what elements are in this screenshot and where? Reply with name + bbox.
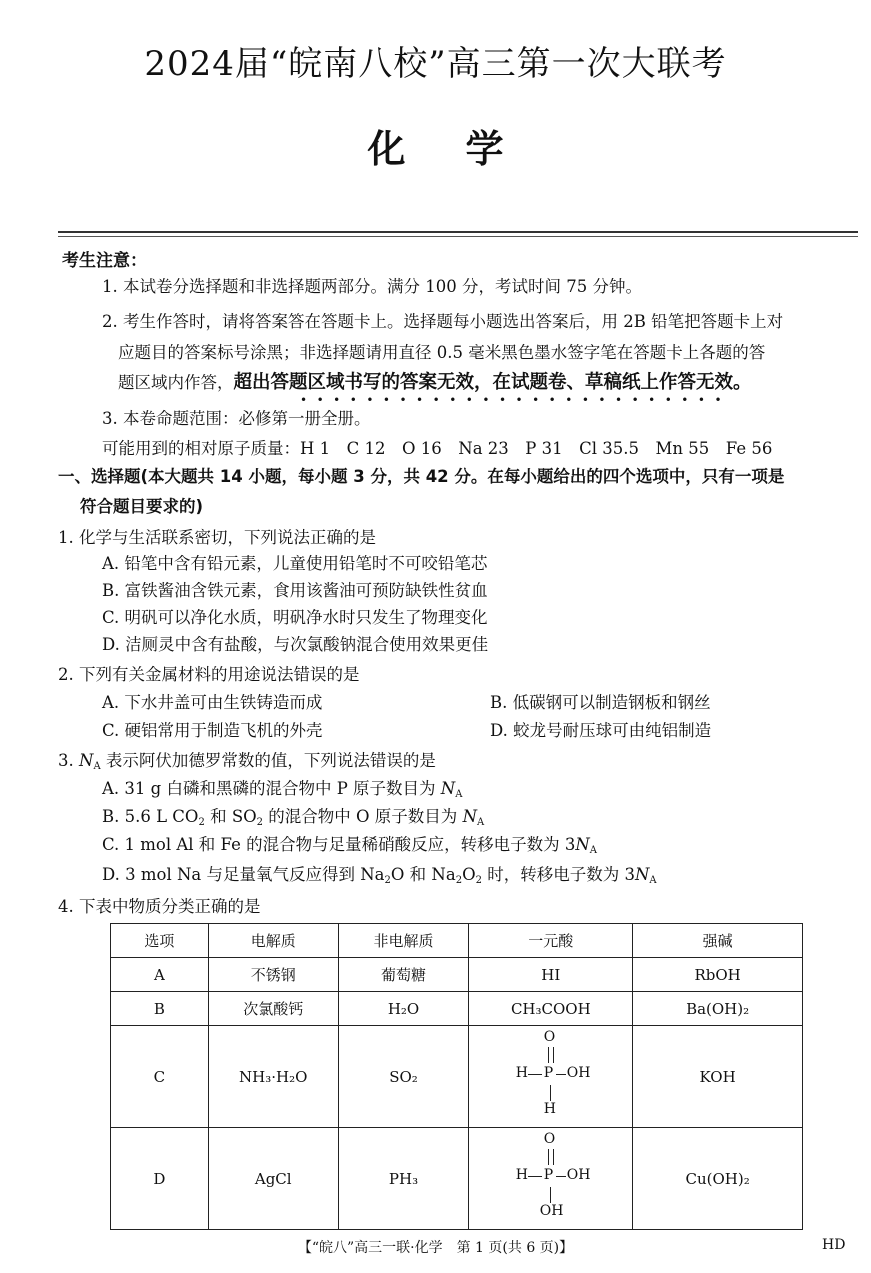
q3-d-text: D. 3 mol Na 与足量氧气反应得到 Na bbox=[102, 865, 385, 884]
q3-stem: 3. NA 表示阿伏加德罗常数的值，下列说法错误的是 bbox=[58, 750, 436, 778]
bond bbox=[556, 1176, 566, 1177]
table-row: B 次氯酸钙 H₂O CH₃COOH Ba(OH)₂ bbox=[111, 992, 803, 1026]
cell: KOH bbox=[633, 1026, 803, 1128]
bond bbox=[528, 1176, 542, 1177]
q3-d-text-mid2: O bbox=[462, 865, 476, 884]
table-row: A 不锈钢 葡萄糖 HI RbOH bbox=[111, 958, 803, 992]
cell: NH₃·H₂O bbox=[208, 1026, 338, 1128]
table-header-row: 选项 电解质 非电解质 一元酸 强碱 bbox=[111, 924, 803, 958]
q3-d-text-mid: O 和 Na bbox=[391, 865, 456, 884]
header-monoprotic-acid: 一元酸 bbox=[469, 924, 633, 958]
atomic-masses-values: H 1 C 12 O 16 Na 23 P 31 Cl 35.5 Mn 55 F… bbox=[300, 439, 772, 458]
q2-option-a: A. 下水井盖可由生铁铸造而成 bbox=[102, 692, 322, 714]
header-divider-thin bbox=[58, 236, 858, 237]
cell: Ba(OH)₂ bbox=[633, 992, 803, 1026]
q1-option-d: D. 洁厕灵中含有盐酸，与次氯酸钠混合使用效果更佳 bbox=[102, 634, 488, 656]
cell: PH₃ bbox=[338, 1128, 469, 1230]
notice-text: 题区域内作答， bbox=[118, 373, 234, 392]
q3-option-c: C. 1 mol Al 和 Fe 的混合物与足量稀硝酸反应，转移电子数为 3NA bbox=[102, 834, 597, 862]
double-bond bbox=[548, 1149, 554, 1165]
q3-option-a: A. 31 g 白磷和黑磷的混合物中 P 原子数目为 NA bbox=[102, 778, 462, 806]
cell-structure-h3po3: O H P OH OH bbox=[469, 1128, 633, 1230]
na-subscript: A bbox=[93, 761, 100, 772]
cell: H₂O bbox=[338, 992, 469, 1026]
notice-item-1: 1. 本试卷分选择题和非选择题两部分。满分 100 分，考试时间 75 分钟。 bbox=[102, 276, 642, 298]
table-row: D AgCl PH₃ O H P OH OH Cu(OH)₂ bbox=[111, 1128, 803, 1230]
exam-title: 2024届“皖南八校”高三第一次大联考 bbox=[0, 36, 871, 85]
section1-heading: 一、选择题(本大题共 14 小题，每小题 3 分，共 42 分。在每小题给出的四… bbox=[58, 466, 784, 488]
cell: D bbox=[111, 1128, 209, 1230]
q3-number: 3. bbox=[58, 751, 79, 770]
cell: AgCl bbox=[208, 1128, 338, 1230]
header-electrolyte: 电解质 bbox=[208, 924, 338, 958]
atomic-masses: 可能用到的相对原子质量：H 1 C 12 O 16 Na 23 P 31 Cl … bbox=[102, 438, 772, 460]
atom: OH bbox=[540, 1203, 564, 1219]
cell: A bbox=[111, 958, 209, 992]
notice-item-3: 3. 本卷命题范围：必修第一册全册。 bbox=[102, 408, 371, 430]
q3-option-d: D. 3 mol Na 与足量氧气反应得到 Na2O 和 Na2O2 时，转移电… bbox=[102, 864, 657, 892]
na-subscript: A bbox=[455, 789, 462, 800]
cell: B bbox=[111, 992, 209, 1026]
q1-option-c: C. 明矾可以净化水质，明矾净水时只发生了物理变化 bbox=[102, 607, 488, 629]
cell: 不锈钢 bbox=[208, 958, 338, 992]
header-divider bbox=[58, 231, 858, 233]
cell: Cu(OH)₂ bbox=[633, 1128, 803, 1230]
bond bbox=[556, 1074, 566, 1075]
footer-code: HD bbox=[822, 1237, 845, 1253]
na-symbol: N bbox=[635, 865, 649, 884]
atom: H bbox=[516, 1065, 528, 1081]
na-symbol: N bbox=[575, 835, 589, 854]
q1-option-b: B. 富铁酱油含铁元素，食用该酱油可预防缺铁性贫血 bbox=[102, 580, 488, 602]
q2-option-c: C. 硬铝常用于制造飞机的外壳 bbox=[102, 720, 323, 742]
cell: RbOH bbox=[633, 958, 803, 992]
atom: O bbox=[544, 1131, 555, 1147]
atom: P bbox=[544, 1167, 553, 1183]
na-symbol: N bbox=[463, 807, 477, 826]
bond bbox=[550, 1085, 551, 1101]
atom: OH bbox=[567, 1065, 591, 1081]
header-nonelectrolyte: 非电解质 bbox=[338, 924, 469, 958]
na-subscript: A bbox=[477, 817, 484, 828]
na-symbol: N bbox=[441, 779, 455, 798]
structural-formula-h3po3: O H P OH OH bbox=[516, 1131, 586, 1223]
q4-stem: 4. 下表中物质分类正确的是 bbox=[58, 896, 261, 918]
header-option: 选项 bbox=[111, 924, 209, 958]
notice-item-2: 2. 考生作答时，请将答案答在答题卡上。选择题每小题选出答案后，用 2B 铅笔把… bbox=[102, 311, 783, 333]
q2-option-d: D. 蛟龙号耐压球可由纯铝制造 bbox=[490, 720, 711, 742]
na-symbol: N bbox=[79, 751, 93, 770]
notice-item-2-cont: 应题目的答案标号涂黑；非选择题请用直径 0.5 毫米黑色墨水签字笔在答题卡上各题… bbox=[118, 342, 765, 364]
cell: CH₃COOH bbox=[469, 992, 633, 1026]
page-footer: 【“皖八”高三一联·化学 第 1 页(共 6 页)】 bbox=[0, 1237, 871, 1257]
q3-a-text: A. 31 g 白磷和黑磷的混合物中 P 原子数目为 bbox=[102, 779, 441, 798]
subject-title: 化学 bbox=[0, 118, 871, 173]
bond bbox=[528, 1074, 542, 1075]
atomic-masses-label: 可能用到的相对原子质量： bbox=[102, 439, 300, 458]
cell: C bbox=[111, 1026, 209, 1128]
cell: SO₂ bbox=[338, 1026, 469, 1128]
q1-option-a: A. 铅笔中含有铅元素，儿童使用铅笔时不可咬铅笔芯 bbox=[102, 553, 487, 575]
cell: 葡萄糖 bbox=[338, 958, 469, 992]
na-subscript: A bbox=[590, 845, 597, 856]
q3-option-b: B. 5.6 L CO2 和 SO2 的混合物中 O 原子数目为 NA bbox=[102, 806, 484, 834]
emphasis-dots: •••••••••••••••••••••••••• bbox=[300, 393, 731, 407]
q3-b-text-post: 的混合物中 O 原子数目为 bbox=[263, 807, 463, 826]
q3-d-text-post: 时，转移电子数为 3 bbox=[482, 865, 635, 884]
notice-heading: 考生注意： bbox=[62, 246, 147, 271]
atom: O bbox=[544, 1029, 555, 1045]
double-bond bbox=[548, 1047, 554, 1063]
table-row: C NH₃·H₂O SO₂ O H P OH H KOH bbox=[111, 1026, 803, 1128]
cell-structure-h3po2: O H P OH H bbox=[469, 1026, 633, 1128]
atom: P bbox=[544, 1065, 553, 1081]
section1-heading-cont: 符合题目要求的) bbox=[80, 496, 203, 518]
bond bbox=[550, 1187, 551, 1203]
q2-option-b: B. 低碳钢可以制造钢板和钢丝 bbox=[490, 692, 711, 714]
header-strong-base: 强碱 bbox=[633, 924, 803, 958]
atom: H bbox=[544, 1101, 556, 1117]
notice-item-2-cont2: 题区域内作答，超出答题区域书写的答案无效，在试题卷、草稿纸上作答无效。 bbox=[118, 372, 752, 394]
cell: 次氯酸钙 bbox=[208, 992, 338, 1026]
structural-formula-h3po2: O H P OH H bbox=[516, 1029, 586, 1121]
classification-table: 选项 电解质 非电解质 一元酸 强碱 A 不锈钢 葡萄糖 HI RbOH B 次… bbox=[110, 923, 803, 1230]
na-subscript: A bbox=[649, 875, 656, 886]
notice-emphasis: 超出答题区域书写的答案无效，在试题卷、草稿纸上作答无效。 bbox=[234, 372, 752, 393]
q3-stem-text: 表示阿伏加德罗常数的值，下列说法错误的是 bbox=[101, 751, 436, 770]
q1-stem: 1. 化学与生活联系密切，下列说法正确的是 bbox=[58, 527, 376, 549]
atom: OH bbox=[567, 1167, 591, 1183]
q3-b-text: B. 5.6 L CO bbox=[102, 807, 198, 826]
q3-b-text-mid: 和 SO bbox=[205, 807, 257, 826]
q3-c-text: C. 1 mol Al 和 Fe 的混合物与足量稀硝酸反应，转移电子数为 3 bbox=[102, 835, 575, 854]
q2-stem: 2. 下列有关金属材料的用途说法错误的是 bbox=[58, 664, 360, 686]
atom: H bbox=[516, 1167, 528, 1183]
cell: HI bbox=[469, 958, 633, 992]
